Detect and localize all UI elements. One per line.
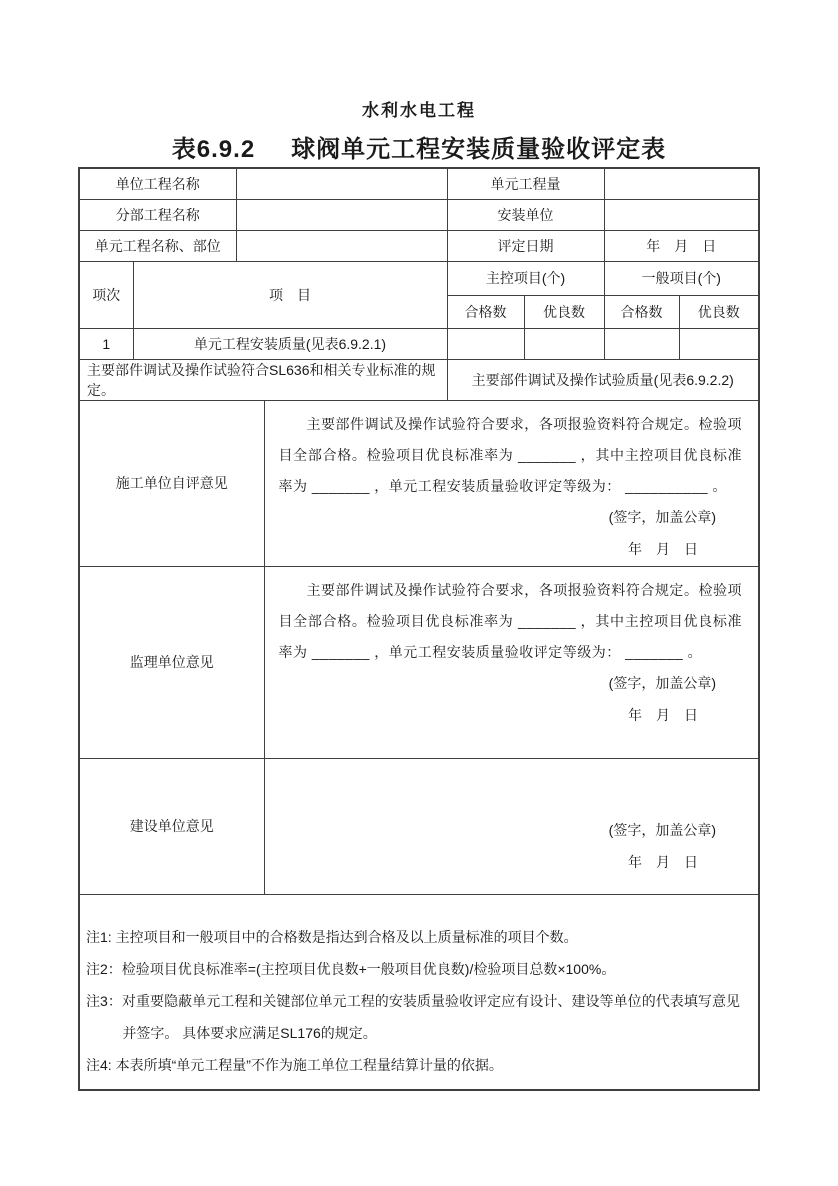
unit-project-name-label: 单位工程名称 bbox=[79, 168, 236, 199]
info-row-3: 单元工程名称、部位 评定日期 年 月 日 bbox=[79, 230, 759, 261]
contractor-opinion-cell[interactable]: 主要部件调试及操作试验符合要求，各项报验资料符合规定。检验项目全部合格。检验项目… bbox=[264, 400, 759, 566]
main-control-group-header: 主控项目(个) bbox=[447, 261, 604, 295]
table-number: 表6.9.2 bbox=[172, 136, 255, 163]
supervisor-date-line: 年 月 日 bbox=[279, 699, 743, 732]
notes-row: 注1: 主控项目和一般项目中的合格数是指达到合格及以上质量标准的项目个数。 注2… bbox=[79, 894, 759, 1090]
supervisor-opinion-row: 监理单位意见 主要部件调试及操作试验符合要求，各项报验资料符合规定。检验项目全部… bbox=[79, 566, 759, 758]
unit-name-part-value[interactable] bbox=[236, 230, 447, 261]
main-excellent-count-input[interactable] bbox=[524, 328, 604, 359]
contractor-sign-hint: (签字，加盖公章) bbox=[279, 502, 743, 533]
install-unit-value[interactable] bbox=[604, 199, 759, 230]
parts-test-quality: 主要部件调试及操作试验质量(见表6.9.2.2) bbox=[447, 359, 759, 400]
info-row-1: 单位工程名称 单元工程量 bbox=[79, 168, 759, 199]
general-group-header: 一般项目(个) bbox=[604, 261, 759, 295]
unit-quantity-value[interactable] bbox=[604, 168, 759, 199]
eval-date-label: 评定日期 bbox=[447, 230, 604, 261]
contractor-opinion-label: 施工单位自评意见 bbox=[79, 400, 264, 566]
item-name: 单元工程安装质量(见表6.9.2.1) bbox=[133, 328, 447, 359]
general-pass-count-header: 合格数 bbox=[604, 295, 679, 328]
owner-date-line: 年 月 日 bbox=[279, 846, 743, 879]
owner-opinion-cell[interactable]: (签字，加盖公章) 年 月 日 bbox=[264, 758, 759, 894]
main-pass-count-header: 合格数 bbox=[447, 295, 524, 328]
contractor-opinion-row: 施工单位自评意见 主要部件调试及操作试验符合要求，各项报验资料符合规定。检验项目… bbox=[79, 400, 759, 566]
acceptance-form-table: 单位工程名称 单元工程量 分部工程名称 安装单位 单元工程名称、部位 评定日期 … bbox=[78, 167, 760, 1091]
general-excellent-count-header: 优良数 bbox=[679, 295, 759, 328]
item-row: 1 单元工程安装质量(见表6.9.2.1) bbox=[79, 328, 759, 359]
note-4: 注4: 本表所填“单元工程量”不作为施工单位工程量结算计量的依据。 bbox=[86, 1049, 740, 1081]
general-pass-count-input[interactable] bbox=[604, 328, 679, 359]
owner-opinion-row: 建设单位意见 (签字，加盖公章) 年 月 日 bbox=[79, 758, 759, 894]
unit-project-name-value[interactable] bbox=[236, 168, 447, 199]
notes-cell: 注1: 主控项目和一般项目中的合格数是指达到合格及以上质量标准的项目个数。 注2… bbox=[79, 894, 759, 1090]
contractor-opinion-body: 主要部件调试及操作试验符合要求，各项报验资料符合规定。检验项目全部合格。检验项目… bbox=[279, 409, 743, 502]
contractor-date-line: 年 月 日 bbox=[279, 533, 743, 566]
index-column-header: 项次 bbox=[79, 261, 133, 328]
unit-quantity-label: 单元工程量 bbox=[447, 168, 604, 199]
item-index: 1 bbox=[79, 328, 133, 359]
division-project-name-value[interactable] bbox=[236, 199, 447, 230]
table-title-text: 球阀单元工程安装质量验收评定表 bbox=[291, 136, 666, 163]
item-column-header: 项 目 bbox=[133, 261, 447, 328]
unit-name-part-label: 单元工程名称、部位 bbox=[79, 230, 236, 261]
supervisor-opinion-cell[interactable]: 主要部件调试及操作试验符合要求，各项报验资料符合规定。检验项目全部合格。检验项目… bbox=[264, 566, 759, 758]
eval-date-value[interactable]: 年 月 日 bbox=[604, 230, 759, 261]
owner-sign-hint: (签字，加盖公章) bbox=[279, 815, 743, 846]
owner-opinion-label: 建设单位意见 bbox=[79, 758, 264, 894]
info-row-2: 分部工程名称 安装单位 bbox=[79, 199, 759, 230]
parts-test-row: 主要部件调试及操作试验符合SL636和相关专业标准的规定。 主要部件调试及操作试… bbox=[79, 359, 759, 400]
install-unit-label: 安装单位 bbox=[447, 199, 604, 230]
supervisor-sign-hint: (签字，加盖公章) bbox=[279, 668, 743, 699]
note-1: 注1: 主控项目和一般项目中的合格数是指达到合格及以上质量标准的项目个数。 bbox=[86, 921, 740, 953]
main-excellent-count-header: 优良数 bbox=[524, 295, 604, 328]
items-header-upper: 项次 项 目 主控项目(个) 一般项目(个) bbox=[79, 261, 759, 295]
supervisor-opinion-body: 主要部件调试及操作试验符合要求，各项报验资料符合规定。检验项目全部合格。检验项目… bbox=[279, 575, 743, 668]
general-excellent-count-input[interactable] bbox=[679, 328, 759, 359]
doc-type-heading: 水利水电工程 bbox=[0, 0, 838, 121]
supervisor-opinion-label: 监理单位意见 bbox=[79, 566, 264, 758]
parts-test-requirement: 主要部件调试及操作试验符合SL636和相关专业标准的规定。 bbox=[79, 359, 447, 400]
main-pass-count-input[interactable] bbox=[447, 328, 524, 359]
note-3: 注3：对重要隐蔽单元工程和关键部位单元工程的安装质量验收评定应有设计、建设等单位… bbox=[86, 985, 740, 1049]
division-project-name-label: 分部工程名称 bbox=[79, 199, 236, 230]
page-title: 表6.9.2球阀单元工程安装质量验收评定表 bbox=[0, 129, 838, 164]
note-2: 注2：检验项目优良标准率=(主控项目优良数+一般项目优良数)/检验项目总数×10… bbox=[86, 953, 740, 985]
